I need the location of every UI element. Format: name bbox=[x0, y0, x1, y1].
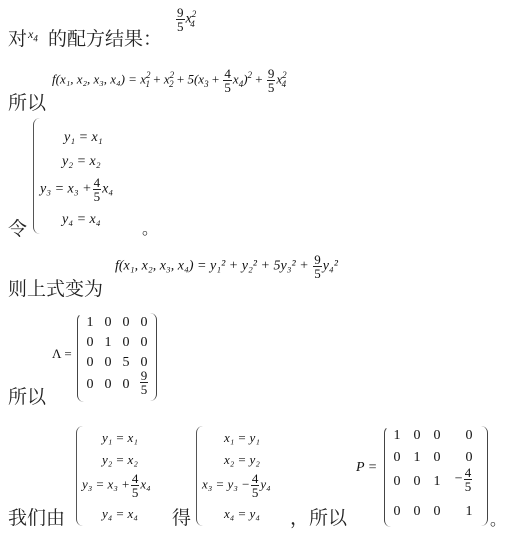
cell: 0 bbox=[81, 355, 99, 371]
cell: 1 bbox=[81, 315, 99, 331]
cell: 0 bbox=[81, 377, 99, 393]
cell: 0 bbox=[135, 335, 153, 351]
cell: 0 bbox=[428, 428, 446, 444]
text-prefix: 对 bbox=[8, 24, 27, 51]
system-y-in-x: y₁ = x₁ y₂ = x₂ y₃ = x₃ +45x₄ y₄ = x₄ bbox=[82, 426, 182, 526]
text-prefix: 所以 bbox=[8, 88, 46, 115]
eq-row-4: y₄ = x₄ bbox=[102, 506, 138, 522]
text-result-label: 的配方结果： bbox=[48, 24, 162, 51]
eq-row-3: y₃ = x₃ +45x₄ bbox=[82, 472, 151, 499]
eq-row-3: y₃ = x₃ +45x₄ bbox=[40, 176, 113, 203]
text-de: 得 bbox=[172, 503, 191, 530]
eq-row-2: y₂ = x₂ bbox=[62, 154, 101, 170]
system-x-in-y: x₁ = y₁ x₂ = y₂ x₃ = y₃ −45y₄ x₄ = y₄ bbox=[202, 426, 302, 526]
matrix-label-lambda: Λ = bbox=[52, 346, 72, 362]
p-matrix: 1 0 0 0 0 1 0 0 0 0 1 −45 0 0 0 1 bbox=[384, 426, 488, 528]
substitution-system: y₁ = x₁ y₂ = x₂ y₃ = x₃ +45x₄ y₄ = x₄ bbox=[40, 118, 150, 234]
eq-row-4: x₄ = y₄ bbox=[224, 506, 260, 522]
eq-row-1: y₁ = x₁ bbox=[64, 130, 103, 146]
cell: 0 bbox=[81, 335, 99, 351]
cell: 0 bbox=[460, 428, 478, 444]
cell: 1 bbox=[388, 428, 406, 444]
lambda-matrix: 1 0 0 0 0 1 0 0 0 0 5 0 0 0 0 95 bbox=[77, 313, 157, 403]
text-therefore: ，所以 bbox=[290, 503, 347, 530]
cell: 0 bbox=[99, 315, 117, 331]
cell: 1 bbox=[408, 450, 426, 466]
matrix-label-p: P = bbox=[356, 460, 377, 476]
formula-canonical: f(x₁, x₂, x₃, x₄) = y₁² + y₂² + 5y₃² + 9… bbox=[115, 253, 338, 280]
period: 。 bbox=[142, 216, 158, 239]
cell: 0 bbox=[408, 428, 426, 444]
var-x4: x4 bbox=[28, 27, 38, 42]
cell: 1 bbox=[428, 474, 446, 490]
eq-row-1: x₁ = y₁ bbox=[224, 430, 260, 446]
right-paren bbox=[481, 426, 488, 526]
eq-row-4: y₄ = x₄ bbox=[62, 212, 101, 228]
cell: 0 bbox=[428, 504, 446, 520]
cell: 0 bbox=[408, 504, 426, 520]
cell: 0 bbox=[428, 450, 446, 466]
period: 。 bbox=[490, 507, 506, 530]
cell: 0 bbox=[388, 474, 406, 490]
cell-fraction: 95 bbox=[135, 369, 153, 396]
eq-row-2: y₂ = x₂ bbox=[102, 452, 138, 468]
cell: 0 bbox=[460, 450, 478, 466]
cell: 0 bbox=[408, 474, 426, 490]
cell: 1 bbox=[460, 504, 478, 520]
text-prefix: 令 bbox=[8, 214, 27, 241]
cell: 5 bbox=[117, 355, 135, 371]
cell: 0 bbox=[117, 377, 135, 393]
eq-row-1: y₁ = x₁ bbox=[102, 430, 138, 446]
left-brace bbox=[33, 118, 40, 234]
formula-f-expansion: f(x₁, x₂, x₃, x₄) = x21 + x22 + 5(x3 + 4… bbox=[52, 67, 286, 94]
cell: 0 bbox=[388, 450, 406, 466]
cell: 0 bbox=[135, 315, 153, 331]
cell-fraction: −45 bbox=[446, 466, 482, 493]
cell: 1 bbox=[99, 335, 117, 351]
text-prefix: 则上式变为 bbox=[8, 274, 103, 301]
cell: 0 bbox=[117, 315, 135, 331]
text-prefix: 所以 bbox=[8, 382, 46, 409]
cell: 0 bbox=[388, 504, 406, 520]
eq-row-2: x₂ = y₂ bbox=[224, 452, 260, 468]
text-prefix: 我们由 bbox=[8, 503, 65, 530]
cell: 0 bbox=[117, 335, 135, 351]
result-expression: 95x24 bbox=[175, 6, 195, 33]
cell: 0 bbox=[99, 377, 117, 393]
eq-row-3: x₃ = y₃ −45y₄ bbox=[202, 472, 271, 499]
cell: 0 bbox=[99, 355, 117, 371]
